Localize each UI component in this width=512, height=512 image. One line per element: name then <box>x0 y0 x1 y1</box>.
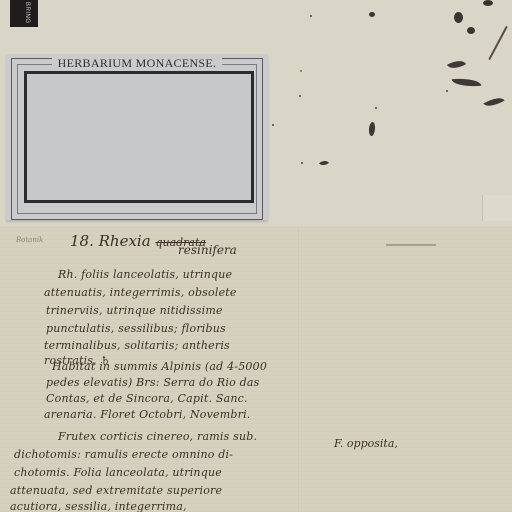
text-line: Habitat in summis Alpinis (ad 4-5000 <box>52 360 267 373</box>
speck <box>310 15 312 17</box>
speck <box>301 162 303 164</box>
label-empty-box <box>24 71 254 203</box>
species-name: 18. Rhexia <box>70 232 151 250</box>
seed-icon <box>483 0 493 6</box>
side-annotation: F. opposita, <box>334 437 398 450</box>
text-line: dichotomis: ramulis erecte omnino di- <box>14 448 233 461</box>
text-line: pedes elevatis) Brs: Serra do Rio das <box>46 376 259 389</box>
barcode-tag: BRING <box>10 0 38 27</box>
text-line: Rh. foliis lanceolatis, utrinque <box>58 268 232 281</box>
text-line: punctulatis, sessilibus; floribus <box>46 322 226 335</box>
text-line: arenaria. Floret Octobri, Novembri. <box>44 408 251 421</box>
faint-ink-mark <box>386 244 436 246</box>
epithet-correction: resinifera <box>178 243 237 257</box>
tape-strip <box>482 195 512 221</box>
speck <box>299 95 301 97</box>
speck <box>272 124 274 126</box>
text-line: trinerviis, utrinque nitidissime <box>46 304 223 317</box>
text-line: attenuata, sed extremitate superiore <box>10 484 222 497</box>
label-title-text: HERBARIUM MONACENSE. <box>52 56 223 70</box>
seed-icon <box>467 27 475 34</box>
botanik-stamp: Botanik <box>16 236 43 244</box>
barcode-tag-text: BRING <box>24 2 30 24</box>
speck <box>446 90 448 92</box>
seed-icon <box>454 12 463 23</box>
text-line: acutiora, sessilia, integerrima, <box>10 500 187 512</box>
seed-icon <box>369 12 375 17</box>
text-line: attenuatis, integerrimis, obsolete <box>44 286 237 299</box>
label-title: HERBARIUM MONACENSE. <box>6 56 268 71</box>
handwritten-description: Botanik 18. Rhexia quadrata resinifera R… <box>0 226 300 512</box>
text-line: terminalibus, solitariis; antheris <box>44 339 230 352</box>
text-line: Frutex corticis cinereo, ramis sub. <box>58 430 257 443</box>
text-line: Contas, et de Sincora, Capit. Sanc. <box>46 392 248 405</box>
speck <box>375 107 377 109</box>
herbarium-label: HERBARIUM MONACENSE. <box>6 54 268 220</box>
speck <box>300 70 302 72</box>
text-line: chotomis. Folia lanceolata, utrinque <box>14 466 222 479</box>
